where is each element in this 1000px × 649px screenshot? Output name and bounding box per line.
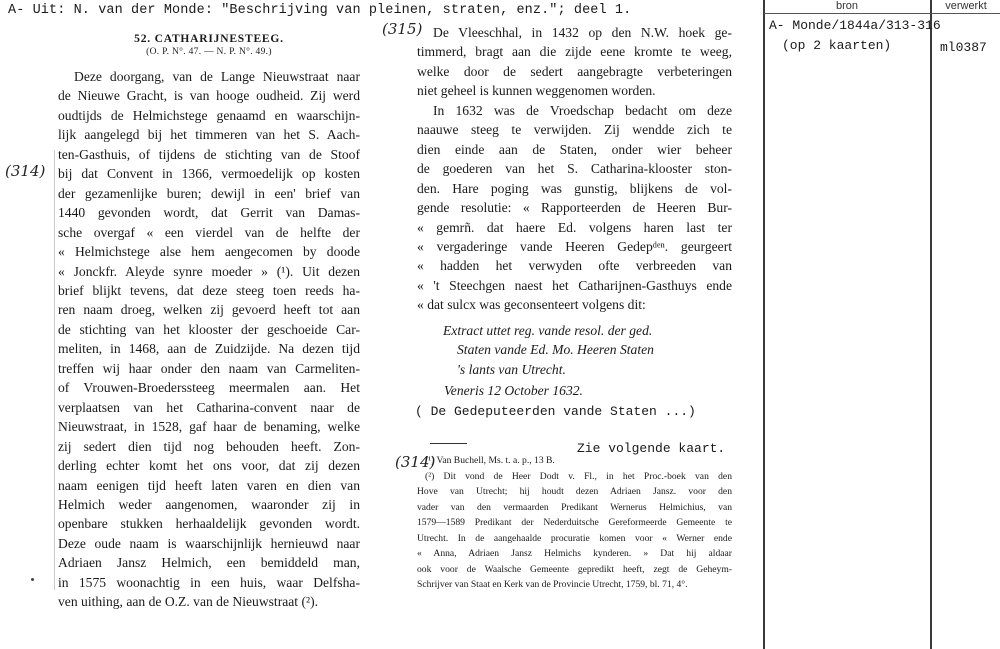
- page-number-note-left: (314): [5, 162, 45, 180]
- text-line: derling echter komt het ons voor, dat zi…: [58, 456, 360, 475]
- bron-reference: A- Monde/1844a/313-316: [769, 18, 941, 33]
- footnote-2-line: ook voor de Waalsche Gemeente gepredikt …: [417, 562, 732, 578]
- text-line: « dat sulcx was geconsenteert volgens di…: [417, 295, 732, 314]
- text-line: lijk aangelegd bij het timmeren van het …: [58, 125, 360, 144]
- text-line: treffen wij haar onder den naam van Carm…: [58, 359, 360, 378]
- panel-left-border: [763, 0, 765, 649]
- extract-line: Extract uttet reg. vande resol. der ged.: [443, 321, 732, 340]
- text-line: de goederen van het S. Catharina-klooste…: [417, 159, 732, 178]
- text-line: in 1575 woonachtig in een huis, waar Del…: [58, 573, 360, 592]
- text-line: naauwe steeg te verwijden. Zij wendde zi…: [417, 120, 732, 139]
- text-line: verplaatsen van het Catharina-convent na…: [58, 398, 360, 417]
- text-line: de Nieuwe Gracht, is van hooge oudheid. …: [58, 86, 360, 105]
- footnote-2-line: Schrijver van Staat en Kerk van de Provi…: [417, 577, 732, 593]
- typed-continuation: ( De Gedeputeerden vande Staten ...): [415, 402, 732, 421]
- text-line: naam eenigen tijd heeft laten varen en d…: [58, 476, 360, 495]
- text-line: Helmich weder aangenomen, waaronder zij …: [58, 495, 360, 514]
- footnotes: (¹) Van Buchell, Ms. t. a. p., 13 B. (²)…: [417, 453, 732, 593]
- panel-column-divider: [930, 0, 932, 649]
- footnote-1: (¹) Van Buchell, Ms. t. a. p., 13 B.: [417, 453, 732, 469]
- text-line: ven uithing, aan de O.Z. van de Nieuwstr…: [58, 592, 360, 611]
- text-line: ren naam droeg, welken zij gevoerd heeft…: [58, 300, 360, 319]
- section-subtitle: (O. P. N°. 47. — N. P. N°. 49.): [58, 47, 360, 57]
- section-title: 52. CATHARIJNESTEEG.: [58, 33, 360, 45]
- text-line: meliten, in 1468, aan de Zuidzijde. Na d…: [58, 339, 360, 358]
- text-line: zij sedert dien tijd nog behouden heeft.…: [58, 437, 360, 456]
- text-line: « hadden het verwyden ofte verbreeden va…: [417, 256, 732, 275]
- text-line: gende resolutie: « Rapporteerden de Heer…: [417, 198, 732, 217]
- text-line: « vergaderinge vande Heeren Gedepᵈᵉⁿ. ge…: [417, 237, 732, 256]
- source-header: A- Uit: N. van der Monde: "Beschrijving …: [8, 3, 631, 18]
- text-line: oudtijds de Helmichstege genaamd en waar…: [58, 106, 360, 125]
- text-line: « Helmichstege alse hem aengecomen by do…: [58, 242, 360, 261]
- date-line: Veneris 12 October 1632.: [444, 381, 732, 400]
- text-line: De Vleeschhal, in 1432 op den N.W. hoek …: [417, 23, 732, 42]
- text-line: of Vrouwen-Broederssteeg meermalen aan. …: [58, 378, 360, 397]
- text-line: In 1632 was de Vroedschap bedacht om dez…: [417, 101, 732, 120]
- text-line: Adriaen Jansz Helmich, een bemiddeld man…: [58, 553, 360, 572]
- text-line: « Jonckfr. Aleyde synre moeder » (¹). Ui…: [58, 262, 360, 281]
- left-text-column: 52. CATHARIJNESTEEG. (O. P. N°. 47. — N.…: [58, 33, 360, 612]
- text-line: openbare stukken herhaaldelijk gevonden …: [58, 514, 360, 533]
- footnote-2-line: vader van den vermaarden Predikant Werne…: [417, 500, 732, 516]
- text-line: den. Hare poging was gunstig, blijkens d…: [417, 179, 732, 198]
- text-line: 1440 gevonden wordt, dat Gerrit van Dama…: [58, 203, 360, 222]
- speck-mark: [31, 578, 34, 581]
- left-body-text: Deze doorgang, van de Lange Nieuwstraat …: [58, 67, 360, 612]
- text-line: niet geheel is kunnen weggenomen worden.: [417, 81, 732, 100]
- footnote-2-line: (²) Dit vond de Heer Dodt v. Fl., in het…: [417, 469, 732, 485]
- panel-header-rule: [764, 13, 1000, 14]
- extract-line: 's lants van Utrecht.: [443, 360, 732, 379]
- text-line: bij dat Convent in 1366, vermoedelijk op…: [58, 164, 360, 183]
- verwerkt-id: ml0387: [940, 40, 987, 55]
- text-line: timmerd, bragt aan die zijde eene kromte…: [417, 42, 732, 61]
- right-text-column: De Vleeschhal, in 1432 op den N.W. hoek …: [417, 23, 732, 459]
- text-line: sche overgaf « een vierdel van de helfte…: [58, 223, 360, 242]
- text-line: ten-Gasthuis, of tijdens de stichting va…: [58, 145, 360, 164]
- text-line: brief blijkt tevens, dat deze steeg toen…: [58, 281, 360, 300]
- text-line: dien einde aan de Staten, onder wier beh…: [417, 140, 732, 159]
- footnote-2-line: Utrecht. In de aangehaalde procuratie ko…: [417, 531, 732, 547]
- column-header-bron: bron: [764, 0, 930, 13]
- text-line: de stichting van het klooster der gescho…: [58, 320, 360, 339]
- text-line: Deze doorgang, van de Lange Nieuwstraat …: [58, 67, 360, 86]
- column-header-verwerkt: verwerkt: [932, 0, 1000, 13]
- date-text: Veneris 12 October 1632.: [444, 383, 583, 398]
- text-line: « gemrñ. dat haere Ed. volgens haren las…: [417, 218, 732, 237]
- text-line: Nieuwstraat, in 1528, gaf haar de benami…: [58, 417, 360, 436]
- footnote-2-line: 1579—1589 Predikant der Nederduitsche Ge…: [417, 515, 732, 531]
- text-line: « 't Steechgen naest het Catharijnen-Gas…: [417, 276, 732, 295]
- text-line: der gezamenlijke buren; dewijl in een' b…: [58, 184, 360, 203]
- left-column-rule: [54, 150, 55, 590]
- text-line: Deze oude naam is waarschijnlijk hernieu…: [58, 534, 360, 553]
- extract-line: Staten vande Ed. Mo. Heeren Staten: [443, 340, 732, 359]
- extract-block: Extract uttet reg. vande resol. der ged.…: [443, 321, 732, 379]
- footnote-2-line: « Anna, Adriaen Jansz Helmichs kynderen.…: [417, 546, 732, 562]
- text-line: welke door de sedert aangebragte verbete…: [417, 62, 732, 81]
- footnote-2-line: Hove van Utrecht; hij houdt dezen Adriae…: [417, 484, 732, 500]
- bron-note: (op 2 kaarten): [782, 38, 891, 53]
- footnote-rule: [430, 443, 467, 444]
